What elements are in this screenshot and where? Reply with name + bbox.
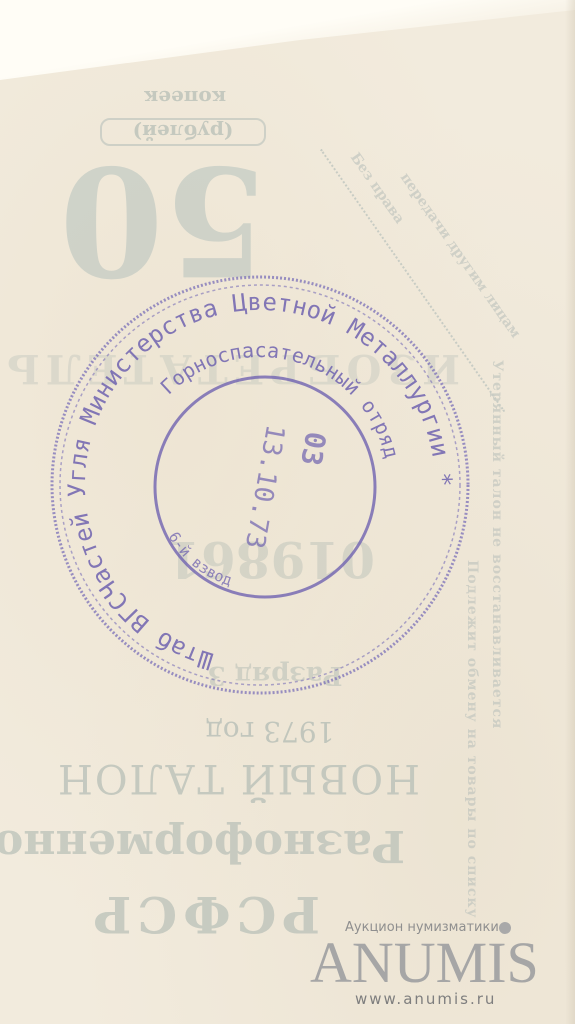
ghost-side-text-1: Утерянный талон не восстанавливается	[489, 360, 505, 729]
stamp-graphic: Штаб ВГСЧастей Угля Министерства Цветной…	[40, 265, 480, 705]
ghost-year: 1973 год	[170, 715, 370, 748]
stamp-center-number: 03	[294, 429, 332, 468]
stamp-center-date: 13.10.73	[239, 422, 290, 551]
svg-text:6-й взвод: 6-й взвод	[156, 524, 243, 590]
ghost-country: РСФСР	[120, 885, 320, 944]
ghost-kind: Разноформенно	[60, 820, 405, 871]
watermark-url: www.anumis.ru	[355, 990, 496, 1008]
paper-edge	[565, 0, 575, 1024]
ghost-unit: копеек	[120, 86, 250, 110]
round-stamp: Штаб ВГСЧастей Угля Министерства Цветной…	[40, 265, 480, 705]
ghost-title: НОВЫЙ ТАЛОН	[80, 755, 420, 801]
watermark-logo: ANUMIS	[310, 933, 539, 993]
stamp-inner-bottom-text: 6-й взвод	[156, 524, 243, 590]
